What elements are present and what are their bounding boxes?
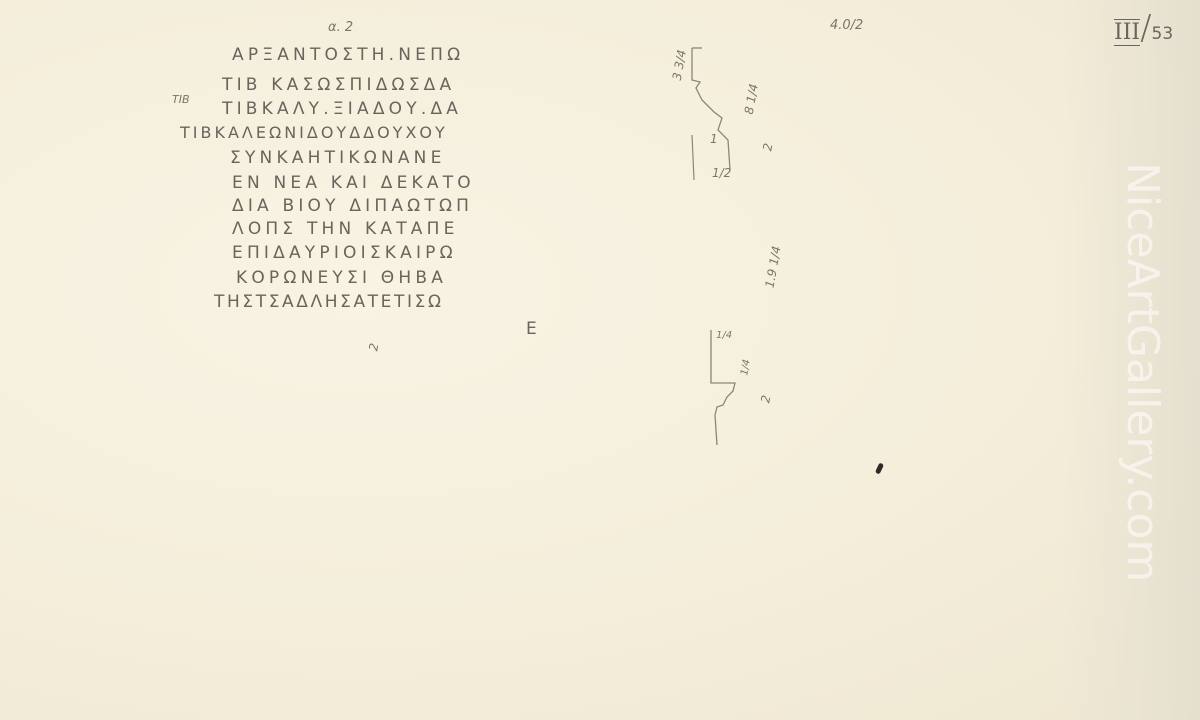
measurement-1-2: 1/2 [712, 166, 731, 180]
inscription-line-7: ΔΙΑ ΒΙΟΥ ΔΙΠΑΩΤΩΠ [232, 196, 473, 216]
inscription-line-4: ΤΙΒΚΑΛΕΩΝΙΔΟΥΔΔΟΥΧΟΥ [180, 123, 448, 142]
measurement-top: 4.0/2 [830, 18, 863, 33]
inscription-line-3: ΤΙΒΚΑΛΥ.ΞΙΑΔΟΥ.ΔΑ [222, 99, 462, 119]
paper-background [0, 0, 1200, 720]
inscription-trailing-letter: Ε [526, 319, 541, 339]
watermark: NiceArtGallery.com [1117, 162, 1168, 582]
measurement-1-4-a: 1/4 [716, 330, 732, 341]
inscription-line-10: ΚΟΡΩΝΕΥΣΙ ΘΗΒΑ [236, 268, 447, 288]
inscription-line-1: ΑΡΞΑΝΤΟΣΤΗ.ΝΕΠΩ [232, 45, 464, 65]
inscription-line-8: ΛΟΠΣ ΤΗΝ ΚΑΤΑΠΕ [232, 219, 459, 239]
measurement-1: 1 [710, 132, 718, 146]
catalogue-mark: III/53 [1114, 8, 1173, 48]
inscription-line-2: ΤΙΒ ΚΑΣΩΣΠΙΔΩΣΔΑ [222, 75, 455, 95]
inscription-line-6: ΕΝ ΝΕΑ ΚΑΙ ΔΕΚΑΤΟ [232, 173, 475, 193]
inscription-top-mark: α. 2 [328, 20, 353, 35]
molding-profile-bottom [705, 325, 765, 445]
catalogue-number: 53 [1152, 24, 1174, 44]
inscription-line-5: ΣΥΝΚΑΗΤΙΚΩΝΑΝΕ [230, 148, 446, 168]
inscription-side-note: ΤΙΒ [172, 93, 190, 106]
catalogue-numeral: III [1114, 19, 1140, 46]
catalogue-slash: / [1140, 8, 1151, 48]
inscription-line-11: ΤΗΣΤΣΑΔΛΗΣΑΤΕΤΙΣΩ [214, 292, 444, 312]
inscription-line-9: ΕΠΙΔΑΥΡΙΟΙΣΚΑΙΡΩ [232, 243, 457, 263]
